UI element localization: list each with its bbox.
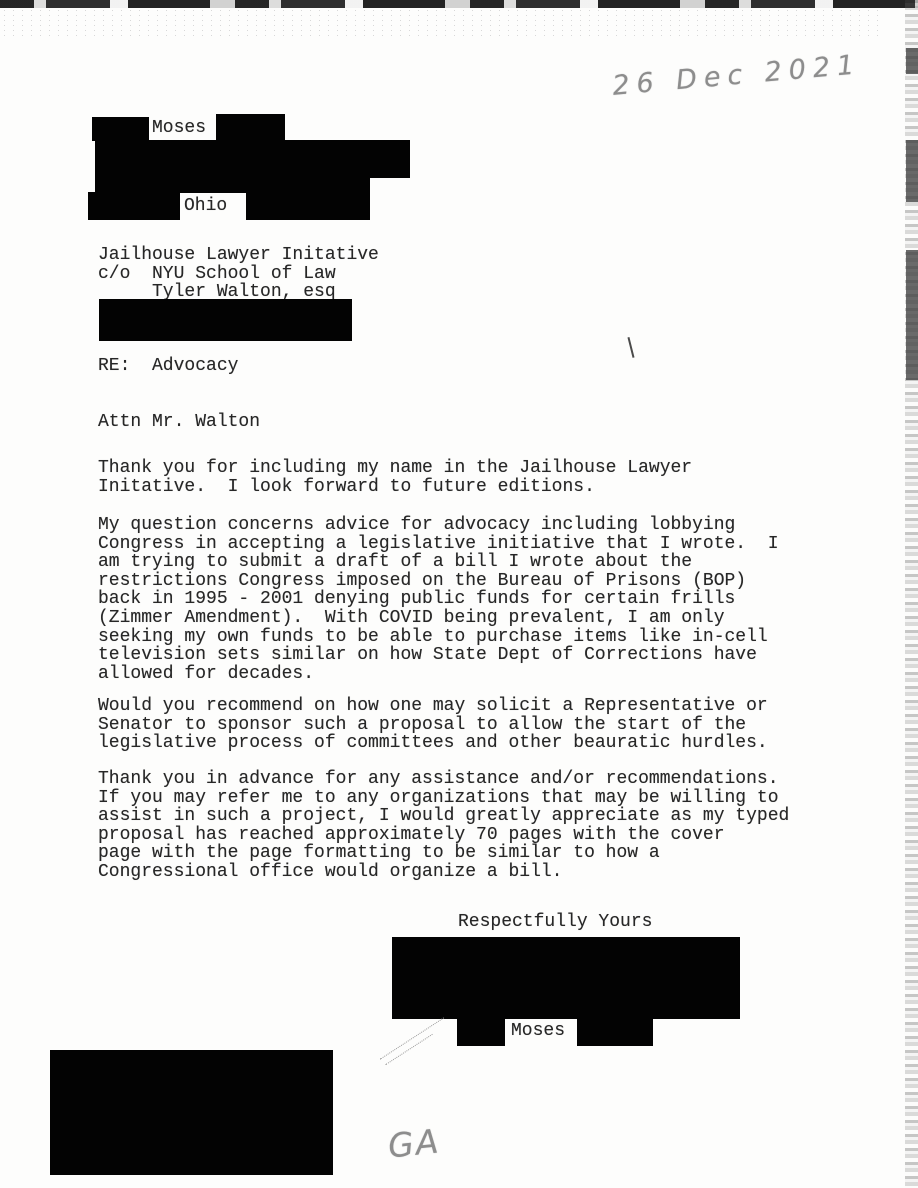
body-paragraph-2: My question concerns advice for advocacy… bbox=[98, 516, 779, 683]
sender-state: Ohio bbox=[184, 197, 227, 216]
recipient-address: Jailhouse Lawyer Initative c/o NYU Schoo… bbox=[98, 246, 379, 302]
stray-mark bbox=[627, 337, 634, 358]
pencil-stroke bbox=[380, 1017, 444, 1059]
scan-noise-top-speckle bbox=[0, 8, 880, 36]
attention-line: Attn Mr. Walton bbox=[98, 413, 260, 432]
redaction-box bbox=[577, 1019, 653, 1046]
redaction-box bbox=[95, 176, 370, 193]
redaction-box bbox=[99, 299, 352, 341]
scan-noise-top-band bbox=[0, 0, 918, 8]
sender-first-name: Moses bbox=[152, 119, 206, 138]
handwritten-initials: GA bbox=[386, 1121, 442, 1165]
scan-noise-right-patch bbox=[906, 250, 918, 380]
closing-line: Respectfully Yours bbox=[458, 913, 652, 932]
scan-noise-right-patch bbox=[906, 48, 918, 74]
redaction-box bbox=[92, 117, 149, 141]
redaction-box bbox=[457, 1019, 505, 1046]
body-paragraph-1: Thank you for including my name in the J… bbox=[98, 459, 692, 496]
subject-line: RE: Advocacy bbox=[98, 357, 238, 376]
scan-noise-right-patch bbox=[906, 140, 918, 202]
scanned-letter-page: 26 Dec 2021 Moses Ohio Jailhouse Lawyer … bbox=[0, 0, 918, 1188]
body-paragraph-4: Thank you in advance for any assistance … bbox=[98, 770, 789, 882]
signature-name: Moses bbox=[511, 1022, 565, 1041]
redaction-box bbox=[88, 192, 180, 220]
redaction-box bbox=[95, 140, 410, 178]
redaction-box-footer bbox=[50, 1050, 333, 1175]
redaction-box bbox=[246, 192, 370, 220]
handwritten-date: 26 Dec 2021 bbox=[611, 49, 862, 102]
redaction-box bbox=[216, 114, 285, 140]
body-paragraph-3: Would you recommend on how one may solic… bbox=[98, 697, 768, 753]
redaction-box-signature bbox=[392, 937, 740, 1019]
